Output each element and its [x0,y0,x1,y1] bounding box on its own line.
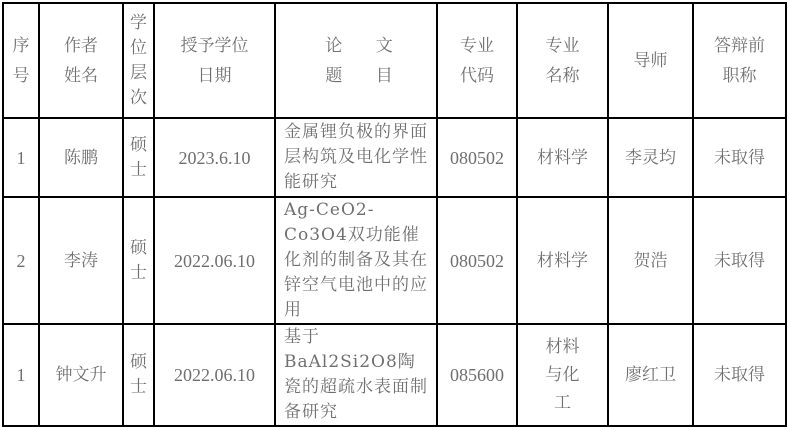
cell-major-name: 材料学 [517,118,608,197]
cell-degree-level: 硕士 [123,118,154,197]
cell-major-code: 080502 [437,197,517,324]
cell-degree-level: 硕士 [123,324,154,381]
header-grant-date: 授予学位日期 [154,3,275,118]
table-row: 1 钟文升 硕士 2022.06.10 基于BaAl2Si2O8陶瓷的超疏水表面… [3,324,786,381]
cell-author: 李涛 [39,197,123,324]
header-author: 作者姓名 [39,3,123,118]
cell-grant-date: 2023.6.10 [154,118,275,197]
cell-advisor: 廖红卫 [608,324,693,381]
cell-title-before-defense: 未取得 [693,324,786,381]
cell-seq: 1 [3,324,39,381]
header-degree-level: 学位层次 [123,3,154,118]
cell-thesis-title: 基于BaAl2Si2O8陶瓷的超疏水表面制备研究 [275,324,437,381]
degree-thesis-table: 序号 作者姓名 学位层次 授予学位日期 论 文 题 目 专业代码 专业名称 导师… [2,2,787,381]
cell-seq: 2 [3,197,39,324]
cell-major-name: 材料与化工 [517,324,608,381]
header-advisor: 导师 [608,3,693,118]
cell-advisor: 李灵均 [608,118,693,197]
cell-major-code: 085600 [437,324,517,381]
cell-major-name: 材料学 [517,197,608,324]
cell-thesis-title: 金属锂负极的界面层构筑及电化学性能研究 [275,118,437,197]
header-row: 序号 作者姓名 学位层次 授予学位日期 论 文 题 目 专业代码 专业名称 导师… [3,3,786,118]
header-title-before-defense: 答辩前职称 [693,3,786,118]
cell-seq: 1 [3,118,39,197]
table-row: 2 李涛 硕士 2022.06.10 Ag-CeO2-Co3O4双功能催化剂的制… [3,197,786,324]
header-thesis-title: 论 文 题 目 [275,3,437,118]
cell-author: 钟文升 [39,324,123,381]
cell-author: 陈鹏 [39,118,123,197]
cell-advisor: 贺浩 [608,197,693,324]
cell-title-before-defense: 未取得 [693,197,786,324]
cell-grant-date: 2022.06.10 [154,197,275,324]
header-seq: 序号 [3,3,39,118]
header-major-name: 专业名称 [517,3,608,118]
cell-major-code: 080502 [437,118,517,197]
header-major-code: 专业代码 [437,3,517,118]
cell-title-before-defense: 未取得 [693,118,786,197]
table-row: 1 陈鹏 硕士 2023.6.10 金属锂负极的界面层构筑及电化学性能研究 08… [3,118,786,197]
cell-grant-date: 2022.06.10 [154,324,275,381]
cell-thesis-title: Ag-CeO2-Co3O4双功能催化剂的制备及其在锌空气电池中的应用 [275,197,437,324]
cell-degree-level: 硕士 [123,197,154,324]
